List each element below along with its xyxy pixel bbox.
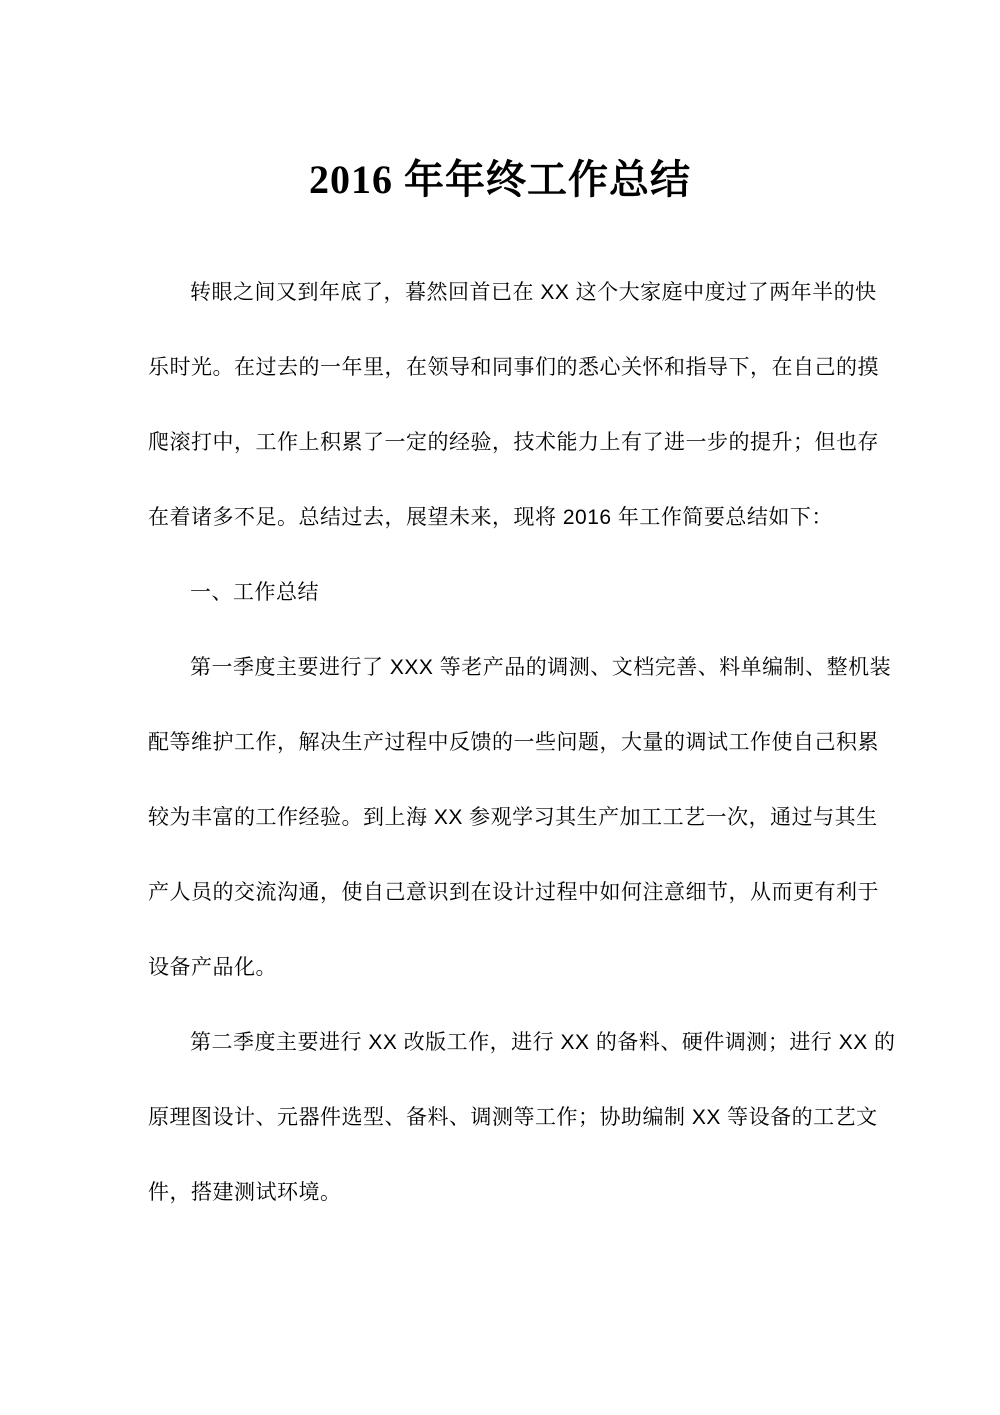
document-line: 件，搭建测试环境。 bbox=[148, 1155, 852, 1230]
document-line: 第一季度主要进行了 XXX 等老产品的调测、文档完善、料单编制、整机装 bbox=[148, 630, 852, 705]
document-line: 在着诸多不足。总结过去，展望未来，现将 2016 年工作简要总结如下： bbox=[148, 480, 852, 555]
document-title: 2016 年年终工作总结 bbox=[0, 148, 1000, 212]
document-line: 原理图设计、元器件选型、备料、调测等工作；协助编制 XX 等设备的工艺文 bbox=[148, 1080, 852, 1155]
document-line: 乐时光。在过去的一年里，在领导和同事们的悉心关怀和指导下，在自己的摸 bbox=[148, 330, 852, 405]
document-line: 设备产品化。 bbox=[148, 930, 852, 1005]
document-line: 配等维护工作，解决生产过程中反馈的一些问题，大量的调试工作使自己积累 bbox=[148, 705, 852, 780]
document-line: 爬滚打中，工作上积累了一定的经验，技术能力上有了进一步的提升；但也存 bbox=[148, 405, 852, 480]
document-page: 2016 年年终工作总结 转眼之间又到年底了，暮然回首已在 XX 这个大家庭中度… bbox=[0, 0, 1000, 1415]
document-section-heading: 一、工作总结 bbox=[148, 555, 852, 630]
document-line: 转眼之间又到年底了，暮然回首已在 XX 这个大家庭中度过了两年半的快 bbox=[148, 255, 852, 330]
document-body: 转眼之间又到年底了，暮然回首已在 XX 这个大家庭中度过了两年半的快 乐时光。在… bbox=[148, 255, 852, 1230]
document-line: 第二季度主要进行 XX 改版工作，进行 XX 的备料、硬件调测；进行 XX 的 bbox=[148, 1005, 852, 1080]
document-line: 较为丰富的工作经验。到上海 XX 参观学习其生产加工工艺一次，通过与其生 bbox=[148, 780, 852, 855]
document-line: 产人员的交流沟通，使自己意识到在设计过程中如何注意细节，从而更有利于 bbox=[148, 855, 852, 930]
